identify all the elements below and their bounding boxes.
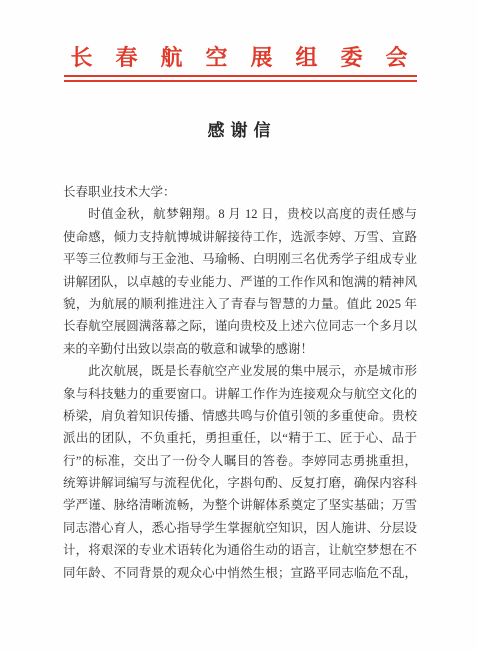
body-line: 同志潜心育人，悉心指导学生掌握航空知识，因人施讲、分层设 bbox=[63, 517, 417, 539]
body-line: 学严谨、脉络清晰流畅，为整个讲解体系奠定了坚实基础；万雪 bbox=[63, 494, 417, 516]
body-line: 时值金秋，航梦翱翔。8 月 12 日，贵校以高度的责任感与 bbox=[63, 203, 417, 225]
letter-body: 长春职业技术大学： 时值金秋，航梦翱翔。8 月 12 日，贵校以高度的责任感与 … bbox=[63, 181, 417, 584]
body-line: 平等三位教师与王金池、马瑜畅、白明刚三名优秀学子组成专业 bbox=[63, 248, 417, 270]
body-line: 派出的团队，不负重托，勇担重任，以“精于工、匠于心、品于 bbox=[63, 427, 417, 449]
letter-page: 长春航空展组委会 感谢信 长春职业技术大学： 时值金秋，航梦翱翔。8 月 12 … bbox=[0, 0, 478, 650]
body-line: 计，将艰深的专业术语转化为通俗生动的语言，让航空梦想在不 bbox=[63, 539, 417, 561]
body-line: 桥梁，肩负着知识传播、情感共鸣与价值引领的多重使命。贵校 bbox=[63, 405, 417, 427]
body-line: 长春航空展圆满落幕之际，谨向贵校及上述六位同志一个多月以 bbox=[63, 315, 417, 337]
body-line: 貌，为航展的顺利推进注入了青春与智慧的力量。值此 2025 年 bbox=[63, 293, 417, 315]
letter-title: 感谢信 bbox=[0, 118, 478, 144]
body-line: 此次航展，既是长春航空产业发展的集中展示，亦是城市形 bbox=[63, 360, 417, 382]
body-line: 统筹讲解词编写与流程优化，字斟句酌、反复打磨，确保内容科 bbox=[63, 472, 417, 494]
letterhead-double-rule bbox=[64, 75, 417, 82]
body-line: 象与科技魅力的重要窗口。讲解工作作为连接观众与航空文化的 bbox=[63, 383, 417, 405]
body-line: 讲解团队，以卓越的专业能力、严谨的工作作风和饱满的精神风 bbox=[63, 271, 417, 293]
body-line: 行”的标准，交出了一份令人瞩目的答卷。李婷同志勇挑重担， bbox=[63, 450, 417, 472]
letterhead-organization: 长春航空展组委会 bbox=[0, 44, 478, 72]
body-line: 使命感，倾力支持航博城讲解接待工作，选派李婷、万雪、宣路 bbox=[63, 226, 417, 248]
body-line: 来的辛勤付出致以崇高的敬意和诚挚的感谢！ bbox=[63, 338, 417, 360]
salutation: 长春职业技术大学： bbox=[63, 181, 417, 203]
body-line: 同年龄、不同背景的观众心中悄然生根；宣路平同志临危不乱， bbox=[63, 562, 417, 584]
